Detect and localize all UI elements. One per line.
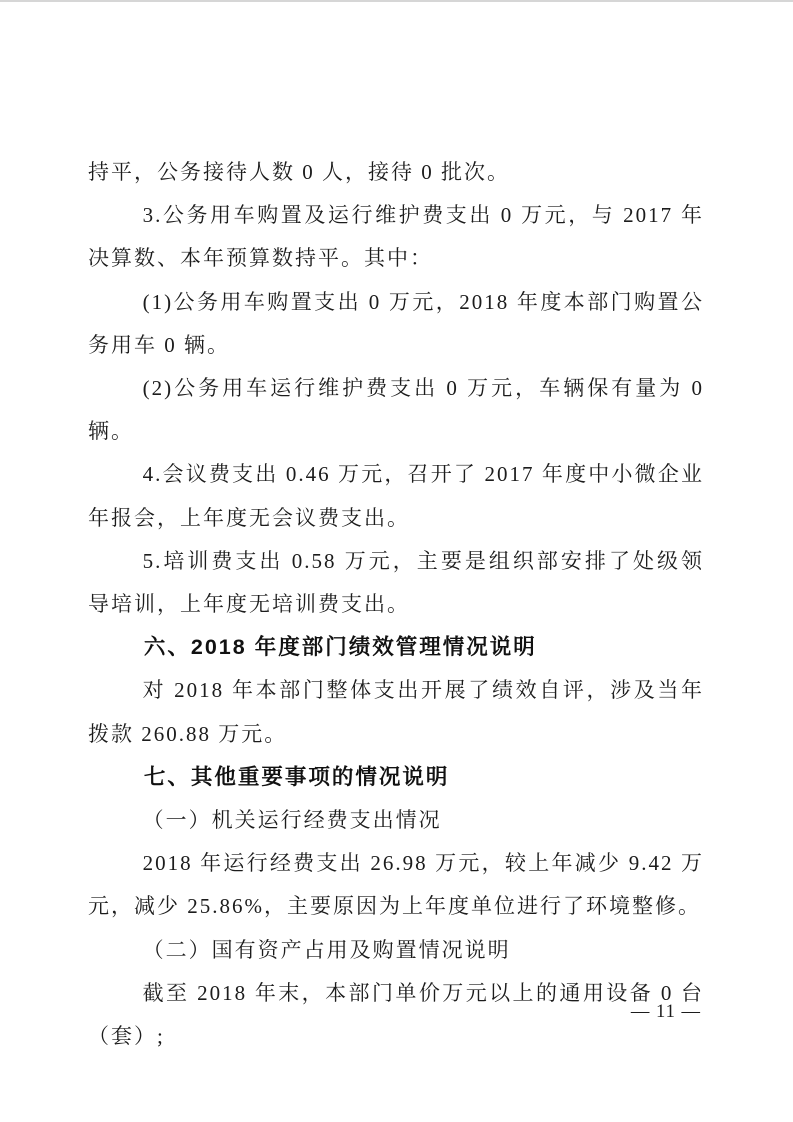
paragraph-training-fee: 5.培训费支出 0.58 万元，主要是组织部安排了处级领导培训，上年度无培训费支… [88, 540, 704, 626]
paragraph-vehicle-maintenance: (2)公务用车运行维护费支出 0 万元，车辆保有量为 0 辆。 [88, 367, 704, 453]
paragraph-vehicle-purchase: (1)公务用车购置支出 0 万元，2018 年度本部门购置公务用车 0 辆。 [88, 281, 704, 367]
document-body: 持平，公务接待人数 0 人，接待 0 批次。 3.公务用车购置及运行维护费支出 … [88, 151, 704, 1058]
scan-edge-artifact [0, 0, 793, 2]
section-heading-seven-other-matters: 七、其他重要事项的情况说明 [88, 756, 704, 799]
section-heading-six-performance: 六、2018 年度部门绩效管理情况说明 [88, 626, 704, 669]
subsection-heading-state-assets: （二）国有资产占用及购置情况说明 [88, 929, 704, 972]
page-number: — 11 — [631, 1002, 701, 1023]
paragraph-performance-self-evaluation: 对 2018 年本部门整体支出开展了绩效自评，涉及当年拨款 260.88 万元。 [88, 669, 704, 755]
paragraph-reception-summary: 持平，公务接待人数 0 人，接待 0 批次。 [88, 151, 704, 194]
paragraph-vehicle-total: 3.公务用车购置及运行维护费支出 0 万元，与 2017 年决算数、本年预算数持… [88, 194, 704, 280]
document-page: 持平，公务接待人数 0 人，接待 0 批次。 3.公务用车购置及运行维护费支出 … [0, 0, 793, 1122]
paragraph-operating-expense-detail: 2018 年运行经费支出 26.98 万元，较上年减少 9.42 万元，减少 2… [88, 842, 704, 928]
subsection-heading-operating-expense: （一）机关运行经费支出情况 [88, 799, 704, 842]
paragraph-meeting-fee: 4.会议费支出 0.46 万元，召开了 2017 年度中小微企业年报会，上年度无… [88, 453, 704, 539]
paragraph-state-assets-detail: 截至 2018 年末，本部门单价万元以上的通用设备 0 台（套）; [88, 972, 704, 1058]
